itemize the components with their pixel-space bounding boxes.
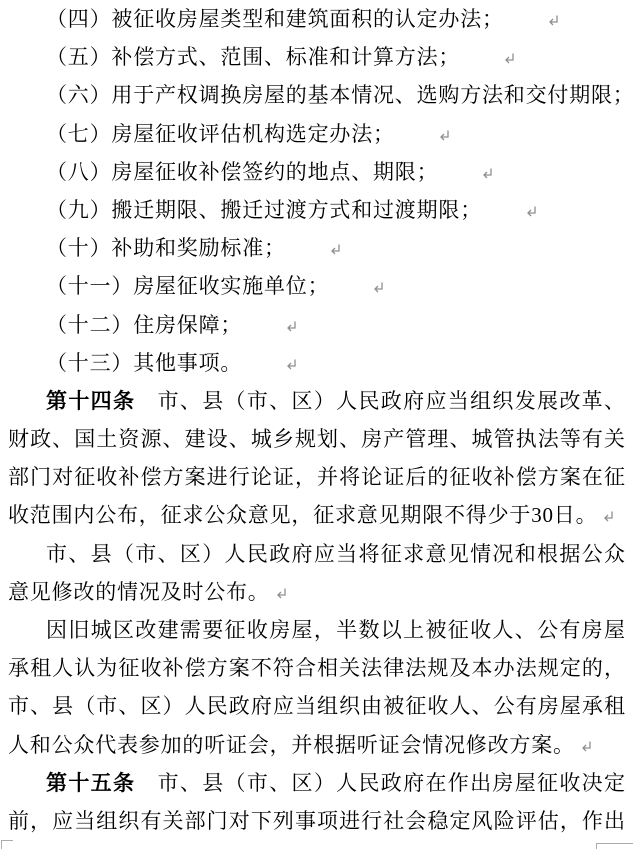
line-text: 市、县（市、区）人民政府应当组织发展改革、 [135,389,625,413]
paragraph-mark-icon [602,496,615,534]
line-text: 前，应当组织有关部门对下列事项进行社会稳定风险评估，作出 [8,809,625,833]
text-line: （九）搬迁期限、搬迁过渡方式和过渡期限； [8,191,625,229]
line-text: （四）被征收房屋类型和建筑面积的认定办法； [46,7,504,31]
line-text: （十）补助和奖励标准； [46,236,286,260]
line-text: 承租人认为征收补偿方案不符合相关法律法规及本办法规定的， [8,656,625,680]
text-line: 市、县（市、区）人民政府应当组织由被征收人、公有房屋承租 [8,687,625,725]
line-text: 市、县（市、区）人民政府应当组织由被征收人、公有房屋承租 [8,694,625,718]
line-text: （十一）房屋征收实施单位； [46,274,329,298]
paragraph-mark-icon [247,306,298,344]
text-line: 第十四条 市、县（市、区）人民政府应当组织发展改革、 [8,382,625,420]
text-line: 市、县（市、区）人民政府应当将征求意见情况和根据公众 [8,535,625,573]
paragraph-mark-icon [275,573,288,611]
line-text: 意见修改的情况及时公布。 [8,580,270,604]
line-text: 市、县（市、区）人民政府应当将征求意见情况和根据公众 [46,542,625,566]
line-text: （十三）其他事项。 [46,351,242,375]
text-line: 收范围内公布，征求公众意见，征求意见期限不得少于30日。 [8,496,625,534]
line-text: （八）房屋征收补偿签约的地点、期限； [46,160,438,184]
paragraph-mark-icon [509,0,560,38]
line-text: （九）搬迁期限、搬迁过渡方式和过渡期限； [46,198,482,222]
text-line: （十）补助和奖励标准； [8,229,625,267]
text-line: 部门对征收补偿方案进行论证，并将论证后的征收补偿方案在征 [8,458,625,496]
text-line: 人和公众代表参加的听证会，并根据听证会情况修改方案。 [8,726,625,764]
text-line: （七）房屋征收评估机构选定办法； [8,115,625,153]
paragraph-mark-icon [465,38,516,76]
text-line: （十二）住房保障； [8,306,625,344]
line-text: （五）补偿方式、范围、标准和计算方法； [46,45,460,69]
paragraph-mark-icon [334,267,385,305]
paragraph-mark-icon [487,191,538,229]
crop-mark-bottom-left-icon [1,840,13,849]
line-text: 收范围内公布，征求公众意见，征求意见期限不得少于30日。 [8,503,597,527]
text-line: （十一）房屋征收实施单位； [8,267,625,305]
line-text: （六）用于产权调换房屋的基本情况、选购方法和交付期限； [46,83,633,107]
crop-mark-bottom-right-icon [596,843,633,849]
text-line: 第十五条 市、县（市、区）人民政府在作出房屋征收决定 [8,764,625,802]
line-text: 市、县（市、区）人民政府在作出房屋征收决定 [135,771,625,795]
paragraph-mark-icon [580,726,593,764]
line-text: 人和公众代表参加的听证会，并根据听证会情况修改方案。 [8,733,575,757]
text-line: （五）补偿方式、范围、标准和计算方法； [8,38,625,76]
text-line: 因旧城区改建需要征收房屋，半数以上被征收人、公有房屋 [8,611,625,649]
text-line: 意见修改的情况及时公布。 [8,573,625,611]
text-line: （八）房屋征收补偿签约的地点、期限； [8,153,625,191]
article-number: 第十四条 [46,389,135,413]
paragraph-mark-icon [291,229,342,267]
line-text: （七）房屋征收评估机构选定办法； [46,122,395,146]
line-text: 财政、国土资源、建设、城乡规划、房产管理、城管执法等有关 [8,427,625,451]
paragraph-mark-icon [247,344,298,382]
line-text: 因旧城区改建需要征收房屋，半数以上被征收人、公有房屋 [46,618,625,642]
text-line: （十三）其他事项。 [8,344,625,382]
text-line: 承租人认为征收补偿方案不符合相关法律法规及本办法规定的， [8,649,625,687]
text-line: 财政、国土资源、建设、城乡规划、房产管理、城管执法等有关 [8,420,625,458]
document-page: （四）被征收房屋类型和建筑面积的认定办法；（五）补偿方式、范围、标准和计算方法；… [0,0,633,849]
text-line: （六）用于产权调换房屋的基本情况、选购方法和交付期限； [8,76,625,114]
text-line: （四）被征收房屋类型和建筑面积的认定办法； [8,0,625,38]
line-text: 部门对征收补偿方案进行论证，并将论证后的征收补偿方案在征 [8,465,625,489]
paragraph-mark-icon [400,115,451,153]
document-body: （四）被征收房屋类型和建筑面积的认定办法；（五）补偿方式、范围、标准和计算方法；… [8,0,625,840]
paragraph-mark-icon [443,153,494,191]
text-line: 前，应当组织有关部门对下列事项进行社会稳定风险评估，作出 [8,802,625,840]
article-number: 第十五条 [46,771,135,795]
line-text: （十二）住房保障； [46,313,242,337]
